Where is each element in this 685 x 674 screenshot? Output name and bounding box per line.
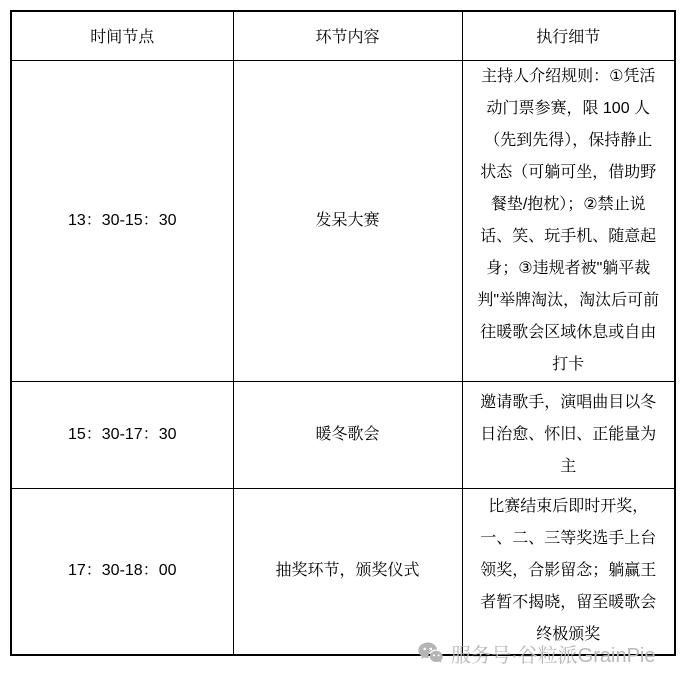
wechat-icon: [417, 640, 444, 667]
time-cell-3: 17：30-18：00: [11, 488, 233, 655]
details-cell-2: 邀请歌手，演唱曲目以冬 日治愈、怀旧、正能量为 主: [462, 381, 675, 488]
table-row-1: 13：30-15：30 发呆大赛 主持人介绍规则：①凭活 动门票参赛，限 100…: [11, 60, 675, 381]
schedule-table: 时间节点 环节内容 执行细节 13：30-15：30 发呆大赛 主持人介绍规则：…: [10, 10, 676, 656]
table-header-row: 时间节点 环节内容 执行细节: [11, 11, 675, 60]
details-cell-1: 主持人介绍规则：①凭活 动门票参赛，限 100 人 （先到先得），保持静止 状态…: [462, 60, 675, 381]
details-cell-3: 比赛结束后即时开奖， 一、二、三等奖选手上台 领奖，合影留念；躺赢王 者暂不揭晓…: [462, 488, 675, 655]
col-header-details: 执行细节: [462, 11, 675, 60]
table-row-2: 15：30-17：30 暖冬歌会 邀请歌手，演唱曲目以冬 日治愈、怀旧、正能量为…: [11, 381, 675, 488]
time-cell-1: 13：30-15：30: [11, 60, 233, 381]
col-header-activity: 环节内容: [233, 11, 462, 60]
time-cell-2: 15：30-17：30: [11, 381, 233, 488]
activity-cell-1: 发呆大赛: [233, 60, 462, 381]
table-row-3: 17：30-18：00 抽奖环节，颁奖仪式 比赛结束后即时开奖， 一、二、三等奖…: [11, 488, 675, 655]
activity-cell-3: 抽奖环节，颁奖仪式: [233, 488, 462, 655]
activity-cell-2: 暖冬歌会: [233, 381, 462, 488]
page: { "table": { "headers": ["时间节点", "环节内容",…: [0, 0, 685, 674]
watermark-label: 服务号·谷粒派GrainPie: [451, 639, 655, 668]
watermark: 服务号·谷粒派GrainPie: [417, 638, 655, 668]
col-header-time: 时间节点: [11, 11, 233, 60]
